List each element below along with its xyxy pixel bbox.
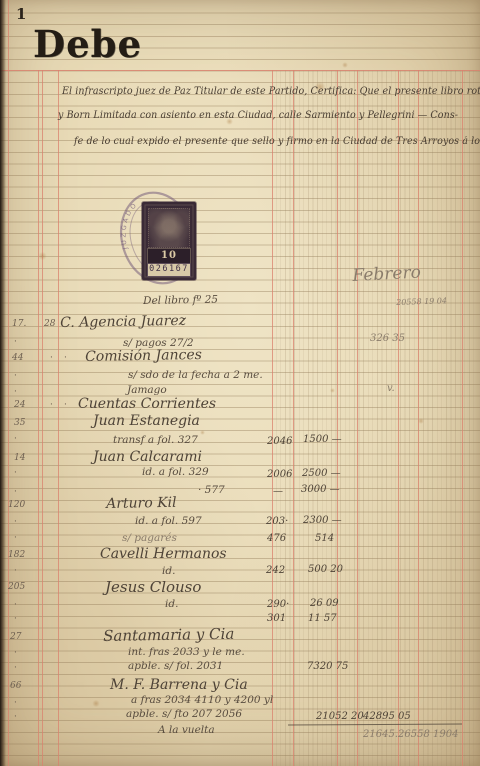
- ditto-mark: ·: [14, 387, 17, 397]
- ditto-mark: ·: [14, 533, 17, 543]
- ledger-amount: 26558 1904: [398, 729, 458, 740]
- ledger-amount: 2500 —: [302, 468, 341, 479]
- ledger-ref: 2006: [267, 469, 292, 480]
- ledger-entry-sub: id. a fol. 597: [135, 515, 202, 527]
- ditto-mark: ·: [64, 353, 67, 363]
- ditto-mark: ·: [14, 337, 17, 347]
- ledger-amount: 21052 20: [316, 711, 364, 722]
- ledger-amount: 1500 —: [303, 434, 342, 445]
- ledger-source-note: Del libro fº 25: [143, 294, 218, 307]
- ditto-mark: ·: [14, 517, 17, 527]
- ledger-entry-desc: Juan Calcarami: [93, 449, 202, 465]
- ledger-entry-desc: Santamaria y Cia: [103, 625, 234, 645]
- ledger-entry-sub: id.: [165, 598, 178, 610]
- ditto-mark: ·: [50, 400, 53, 410]
- ditto-mark: ·: [14, 614, 17, 624]
- foxing-spot: [418, 418, 424, 424]
- ditto-mark: ·: [14, 663, 17, 673]
- column-rule: [8, 0, 9, 766]
- column-rule: [42, 70, 43, 766]
- ledger-ref: 242: [266, 565, 285, 576]
- ditto-mark: ·: [14, 566, 17, 576]
- ditto-mark: ·: [50, 353, 53, 363]
- pencil-total-note: 20558 19 04: [396, 296, 447, 307]
- ledger-entry-sub: id. a fol. 329: [142, 466, 209, 478]
- ledger-folio: 14: [14, 453, 25, 463]
- amount-grid: [272, 70, 474, 766]
- ledger-folio: 120: [8, 500, 25, 510]
- foxing-spot: [200, 430, 205, 435]
- ledger-amount: 42895 05: [363, 711, 411, 722]
- ledger-entry-desc: Cuentas Corrientes: [78, 396, 216, 412]
- ledger-ref: —: [273, 486, 283, 497]
- ledger-entry-desc: Comisión Jances: [85, 347, 202, 365]
- ledger-entry-desc: M. F. Barrena y Cia: [110, 677, 248, 693]
- ledger-entry-sub: apble. s/ fto 207 2056: [126, 708, 242, 720]
- ledger-entry-desc: Cavelli Hermanos: [100, 546, 227, 562]
- binding-edge: [0, 0, 6, 766]
- ditto-mark: ·: [64, 400, 67, 410]
- ledger-folio: 17.: [12, 319, 26, 329]
- foxing-spot: [342, 62, 348, 68]
- ledger-folio: 205: [8, 582, 25, 592]
- certificate-line: y Born Limitada con asiento en esta Ciud…: [58, 110, 458, 121]
- ledger-ref: 476: [267, 533, 286, 544]
- ledger-entry-sub: s/ sdo de la fecha a 2 me.: [128, 369, 263, 381]
- ditto-mark: ·: [14, 648, 17, 658]
- ledger-amount: 326 35: [370, 333, 405, 344]
- ledger-amount: 21645.: [363, 729, 398, 740]
- foxing-spot: [330, 388, 335, 393]
- ditto-mark: ·: [14, 434, 17, 444]
- ledger-entry-sub: apble. s/ fol. 2031: [128, 660, 223, 672]
- column-rule: [462, 70, 463, 766]
- ledger-folio: 66: [10, 681, 21, 691]
- column-rule: [272, 70, 273, 766]
- ledger-ref: 2046: [267, 436, 292, 447]
- ditto-mark: ·: [14, 468, 17, 478]
- month-note: Febrero: [352, 262, 421, 286]
- ditto-mark: ·: [14, 487, 17, 497]
- column-rule: [38, 70, 39, 766]
- ledger-entry-sub: id.: [162, 565, 175, 577]
- ledger-folio: 44: [12, 353, 23, 363]
- stamp-serial: 026167: [147, 263, 191, 277]
- certificate-line: El infrascripto juez de Paz Titular de e…: [62, 86, 480, 97]
- page-number: 1: [16, 5, 26, 23]
- ledger-amount: 26 09: [310, 598, 339, 609]
- ledger-entry-sub: int. fras 2033 y le me.: [128, 646, 245, 658]
- check-mark: v.: [387, 383, 395, 394]
- ledger-day: 28: [44, 319, 55, 329]
- ledger-folio: 27: [10, 632, 21, 642]
- ledger-ref: 203·: [266, 516, 288, 527]
- ditto-mark: ·: [14, 600, 17, 610]
- column-rule: [58, 70, 59, 766]
- ledger-entry-sub: transf a fol. 327: [113, 434, 198, 446]
- column-rule: [357, 70, 358, 766]
- ledger-amount: 500 20: [308, 564, 343, 575]
- ledger-ref: 290·: [267, 599, 289, 610]
- ditto-mark: ·: [14, 712, 17, 722]
- ledger-entry-desc: C. Agencia Juarez: [60, 313, 186, 331]
- ledger-entry-desc: Arturo Kil: [106, 495, 177, 512]
- ledger-entry-sub: · 577: [198, 484, 225, 496]
- column-rule: [398, 70, 399, 766]
- ledger-folio: 24: [14, 400, 25, 410]
- ledger-folio: 35: [14, 418, 25, 428]
- header-rule: [0, 70, 480, 71]
- ledger-amount: 7320 75: [307, 661, 348, 672]
- ledger-entry-sub: s/ pagarés: [122, 532, 177, 544]
- ledger-entry-sub: a fras 2034 4110 y 4200 yl: [131, 694, 273, 706]
- ledger-amount: 514: [315, 533, 334, 544]
- certificate-line: fe de lo cual expido el presente que sel…: [74, 136, 480, 147]
- ledger-folio: 182: [8, 550, 25, 560]
- revenue-stamp: 10 026167: [142, 202, 196, 280]
- foxing-spot: [92, 700, 100, 707]
- ledger-entry-desc: Juan Estanegia: [93, 413, 200, 429]
- ledger-amount: 11 57: [308, 613, 337, 624]
- page-title: Debe: [33, 22, 142, 66]
- ledger-amount: 3000 —: [301, 484, 340, 495]
- stamp-value: 10: [147, 248, 191, 264]
- stamp-crest: [148, 208, 190, 248]
- ditto-mark: ·: [14, 371, 17, 381]
- ledger-entry-sub: Jamago: [127, 384, 167, 396]
- ditto-mark: ·: [14, 698, 17, 708]
- column-rule: [293, 70, 294, 766]
- ledger-page: 1 Debe El infrascripto juez de Paz Titul…: [0, 0, 480, 766]
- carry-forward-note: A la vuelta: [158, 724, 215, 736]
- ledger-ref: 301: [267, 613, 286, 624]
- ledger-entry-desc: Jesus Clouso: [105, 578, 201, 596]
- foxing-spot: [38, 252, 47, 260]
- ledger-amount: 2300 —: [303, 515, 342, 526]
